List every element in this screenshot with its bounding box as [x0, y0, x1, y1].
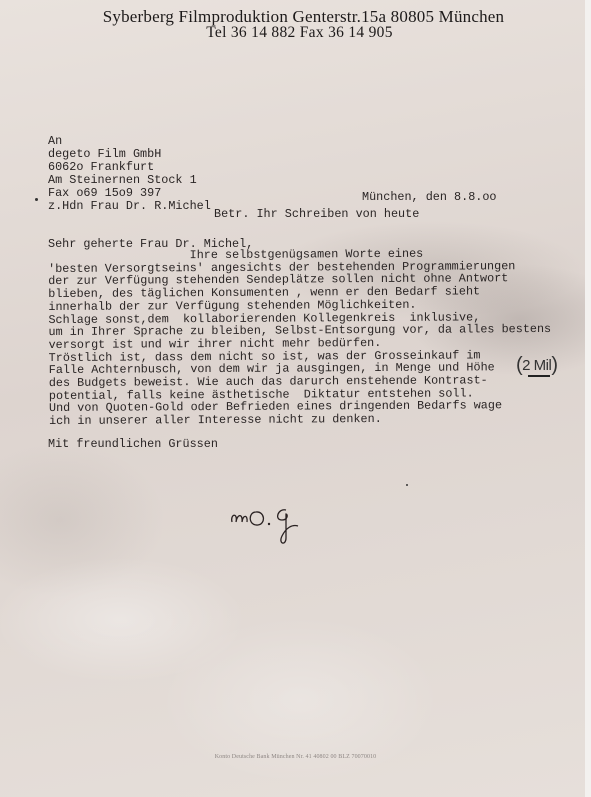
letterhead-contact: Tel 36 14 882 Fax 36 14 905: [4, 24, 591, 42]
recipient-address: An degeto Film GmbH 6062o Frankfurt Am S…: [48, 135, 211, 213]
signature-scribble-icon: [228, 500, 318, 550]
recipient-line: Fax o69 15o9 397: [48, 186, 161, 200]
recipient-line: degeto Film GmbH: [48, 147, 161, 161]
recipient-line: 6062o Frankfurt: [48, 160, 154, 174]
margin-note-underline: [528, 375, 550, 377]
recipient-line: An: [48, 134, 62, 148]
closing: Mit freundlichen Grüssen: [48, 438, 218, 451]
paper-edge: [585, 0, 591, 797]
recipient-line: Am Steinernen Stock 1: [48, 173, 197, 187]
handwritten-margin-note: (2 Mil): [516, 353, 558, 376]
ink-speck: [35, 198, 38, 201]
date-line: München, den 8.8.oo: [362, 191, 497, 204]
signature: [228, 500, 318, 555]
recipient-line: z.Hdn Frau Dr. R.Michel: [48, 199, 211, 213]
body-line: ich in unserer aller Interesse nicht zu …: [49, 412, 382, 428]
bank-footer: Konto Deutsche Bank München Nr. 41 40802…: [0, 754, 591, 760]
subject-line: Betr. Ihr Schreiben von heute: [214, 208, 419, 221]
ink-speck: [406, 484, 408, 486]
letter-body: Ihre selbstgenügsamen Worte eines 'beste…: [48, 247, 552, 428]
margin-note-text: 2 Mil: [522, 357, 551, 374]
